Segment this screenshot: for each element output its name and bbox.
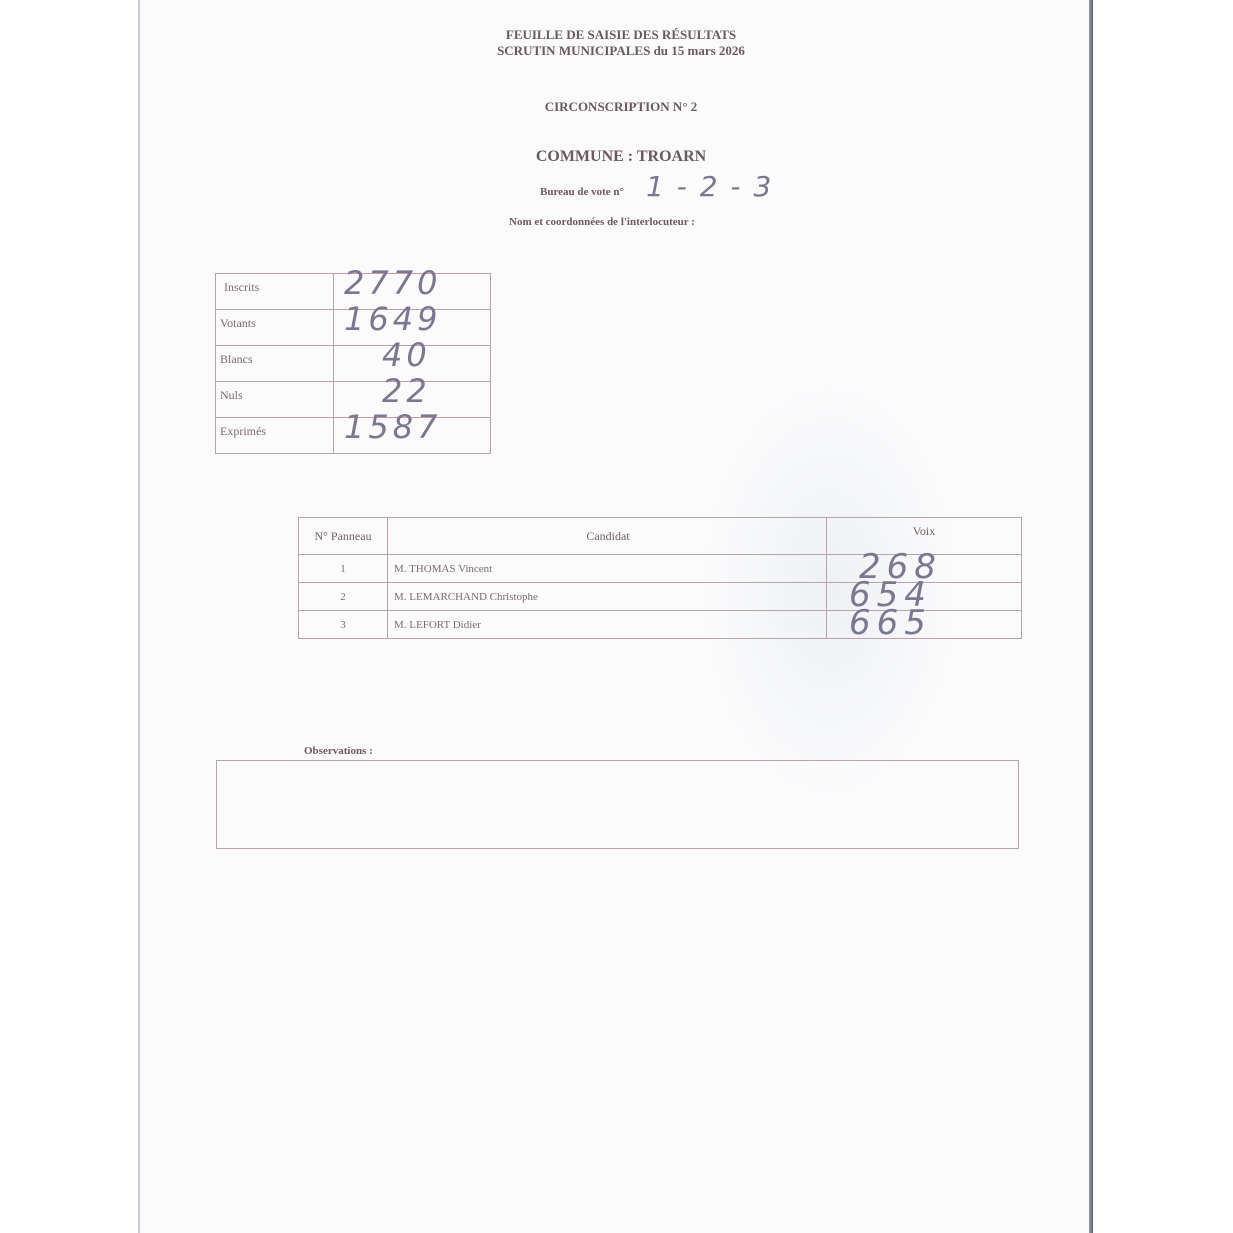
candidate-panel-number: 3 [299, 611, 388, 639]
blancs-value: 40 [382, 338, 431, 372]
observations-field[interactable] [216, 760, 1019, 849]
header-candidate: Candidat [388, 518, 827, 555]
commune-heading: COMMUNE : TROARN [471, 148, 771, 166]
observations-label: Observations : [304, 745, 373, 757]
candidate-name: M. LEFORT Didier [388, 611, 827, 639]
candidate-votes-field[interactable]: 665 [827, 611, 1022, 639]
inscrits-label: Inscrits [216, 274, 334, 310]
title-line-1: FEUILLE DE SAISIE DES RÉSULTATS [421, 27, 821, 43]
candidate-panel-number: 1 [299, 555, 388, 583]
totals-row-blancs: Blancs 40 [216, 346, 491, 382]
totals-row-exprimes: Exprimés 1587 [216, 418, 491, 454]
totals-row-votants: Votants 1649 [216, 310, 491, 346]
candidate-row: 3 M. LEFORT Didier 665 [299, 611, 1022, 639]
nuls-label: Nuls [216, 382, 334, 418]
candidate-votes-value: 665 [849, 605, 932, 641]
nuls-value: 22 [382, 374, 431, 408]
candidate-panel-number: 2 [299, 583, 388, 611]
bureau-label: Bureau de vote n° [540, 186, 624, 198]
inscrits-value: 2770 [344, 266, 441, 300]
paper-edge [1089, 0, 1093, 1233]
exprimes-value: 1587 [344, 410, 441, 444]
blancs-label: Blancs [216, 346, 334, 382]
totals-table: Inscrits 2770 Votants 1649 Blancs 40 Nul… [215, 273, 491, 454]
interlocuteur-label: Nom et coordonnées de l'interlocuteur : [509, 216, 695, 228]
candidate-name: M. LEMARCHAND Christophe [388, 583, 827, 611]
bureau-value[interactable]: 1 - 2 - 3 [646, 170, 773, 203]
circonscription-heading: CIRCONSCRIPTION N° 2 [471, 99, 771, 115]
exprimes-label: Exprimés [216, 418, 334, 454]
votants-value: 1649 [344, 302, 441, 336]
title-line-2: SCRUTIN MUNICIPALES du 15 mars 2026 [421, 43, 821, 59]
votants-label: Votants [216, 310, 334, 346]
header-panel-number: N° Panneau [299, 518, 388, 555]
candidates-table: N° Panneau Candidat Voix 1 M. THOMAS Vin… [298, 517, 1022, 639]
form-title: FEUILLE DE SAISIE DES RÉSULTATS SCRUTIN … [421, 27, 821, 59]
exprimes-field[interactable]: 1587 [334, 418, 491, 454]
interlocuteur-field[interactable] [740, 212, 940, 230]
candidate-name: M. THOMAS Vincent [388, 555, 827, 583]
